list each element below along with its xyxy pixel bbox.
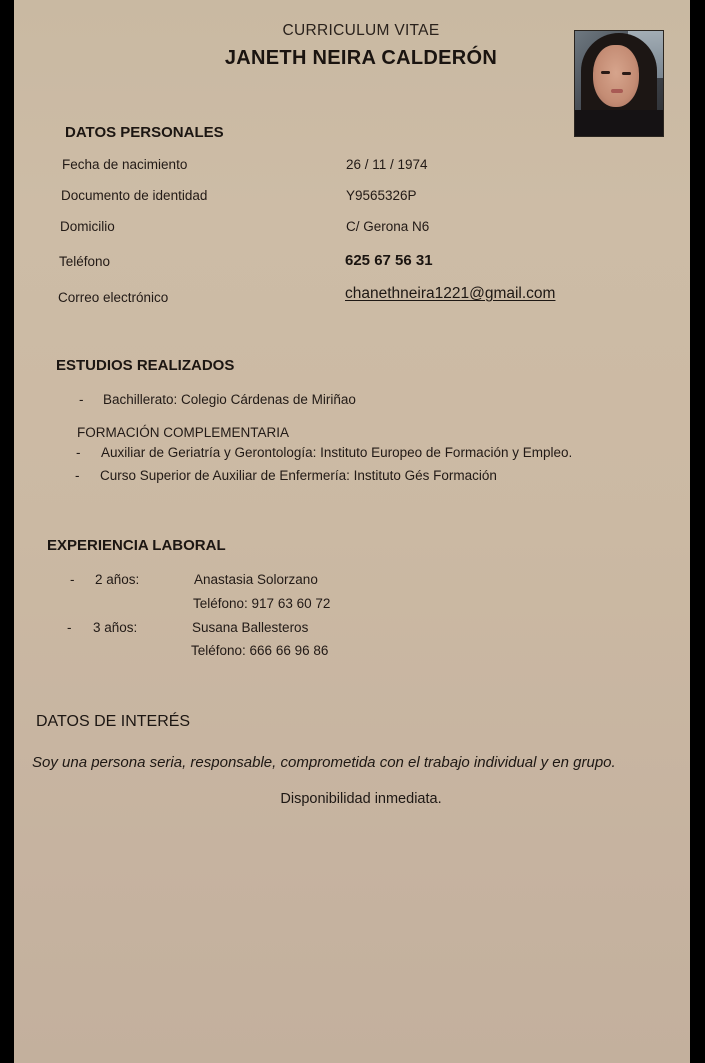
experience-employer: Susana Ballesteros	[192, 620, 308, 635]
value-email-link[interactable]: chanethneira1221@gmail.com	[345, 285, 555, 303]
value-birth-date: 26 / 11 / 1974	[346, 157, 428, 172]
section-heading-interests: DATOS DE INTERÉS	[36, 713, 190, 731]
label-email: Correo electrónico	[58, 290, 168, 305]
label-birth-date: Fecha de nacimiento	[62, 157, 187, 172]
value-phone: 625 67 56 31	[345, 252, 433, 269]
cv-paper-sheet: CURRICULUM VITAE JANETH NEIRA CALDERÓN D…	[14, 0, 690, 1063]
experience-duration: 2 años:	[95, 572, 139, 587]
subheading-complementary: FORMACIÓN COMPLEMENTARIA	[77, 425, 289, 440]
photo-face	[593, 45, 639, 107]
complementary-item: Curso Superior de Auxiliar de Enfermería…	[100, 468, 497, 483]
availability-text: Disponibilidad inmediata.	[14, 791, 705, 807]
section-heading-personal: DATOS PERSONALES	[65, 124, 224, 141]
value-address: C/ Gerona N6	[346, 219, 429, 234]
bullet-dash: -	[79, 392, 84, 407]
bullet-dash: -	[70, 572, 75, 587]
label-id-document: Documento de identidad	[61, 188, 207, 203]
photo-lips	[611, 89, 623, 93]
complementary-item: Auxiliar de Geriatría y Gerontología: In…	[101, 445, 572, 460]
profile-photo	[574, 30, 664, 137]
experience-phone: Teléfono: 666 66 96 86	[191, 643, 328, 658]
experience-phone: Teléfono: 917 63 60 72	[193, 596, 330, 611]
photo-eye-left	[601, 71, 610, 74]
section-heading-studies: ESTUDIOS REALIZADOS	[56, 357, 234, 374]
label-phone: Teléfono	[59, 254, 110, 269]
personal-statement: Soy una persona seria, responsable, comp…	[32, 754, 616, 771]
experience-duration: 3 años:	[93, 620, 137, 635]
bullet-dash: -	[75, 468, 80, 483]
photo-eye-right	[622, 72, 631, 75]
bullet-dash: -	[67, 620, 72, 635]
experience-employer: Anastasia Solorzano	[194, 572, 318, 587]
study-item: Bachillerato: Colegio Cárdenas de Miriña…	[103, 392, 356, 407]
bullet-dash: -	[76, 445, 81, 460]
section-heading-experience: EXPERIENCIA LABORAL	[47, 537, 226, 554]
label-address: Domicilio	[60, 219, 115, 234]
value-id-document: Y9565326P	[346, 188, 417, 203]
photo-shirt	[575, 110, 663, 136]
